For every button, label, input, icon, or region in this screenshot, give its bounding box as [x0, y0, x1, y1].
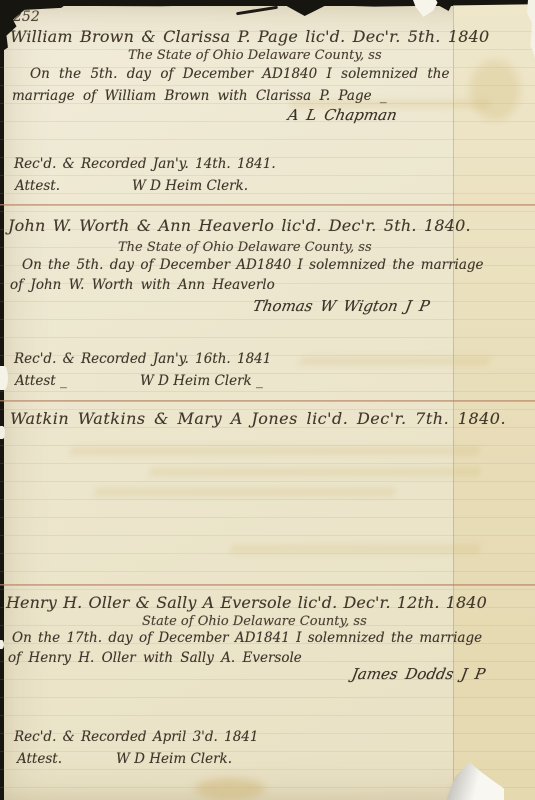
torn-notch-left-edge [0, 640, 4, 649]
record-heading: Watkin Watkins & Mary A Jones lic'd. Dec… [10, 409, 506, 428]
state-jurisdiction-line: State of Ohio Delaware County, ss [142, 614, 367, 629]
record-body-line: of John W. Worth with Ann Heaverlo [10, 277, 275, 293]
attest-label: Attest _ [15, 373, 67, 389]
state-jurisdiction-line: The State of Ohio Delaware County, ss [128, 48, 382, 63]
officiant-signature: A L Chapman [286, 106, 398, 124]
attest-label: Attest. [17, 751, 62, 767]
record-body-line: marriage of William Brown with Clarissa … [12, 88, 387, 104]
recorded-line: Rec'd. & Recorded April 3'd. 1841 [14, 729, 258, 745]
torn-notch-left-edge [0, 366, 8, 390]
recorded-line: Rec'd. & Recorded Jan'y. 16th. 1841 [14, 351, 271, 367]
record-heading: John W. Worth & Ann Heaverlo lic'd. Dec'… [8, 216, 471, 235]
clerk-signature: W D Heim Clerk. [132, 178, 248, 194]
state-jurisdiction-line: The State of Ohio Delaware County, ss [118, 240, 372, 255]
record-body-line: of Henry H. Oller with Sally A. Eversole [8, 650, 302, 666]
record-heading: William Brown & Clarissa P. Page lic'd. … [10, 27, 489, 46]
recorded-line: Rec'd. & Recorded Jan'y. 14th. 1841. [14, 156, 276, 172]
officiant-signature: James Dodds J P [350, 665, 486, 683]
record-heading: Henry H. Oller & Sally A Eversole lic'd.… [6, 593, 487, 612]
record-body-line: On the 5th. day of December AD1840 I sol… [30, 66, 449, 82]
torn-notch-left-edge [0, 426, 5, 439]
attest-label: Attest. [15, 178, 60, 194]
clerk-signature: W D Heim Clerk. [116, 751, 232, 767]
clerk-signature: W D Heim Clerk _ [140, 373, 263, 389]
record-body-line: On the 17th. day of December AD1841 I so… [12, 630, 482, 646]
officiant-signature: Thomas W Wigton J P [251, 297, 431, 315]
handwritten-text-layer: 252 William Brown & Clarissa P. Page lic… [0, 0, 535, 800]
scanned-ledger-page: 252 William Brown & Clarissa P. Page lic… [0, 0, 535, 800]
record-body-line: On the 5th. day of December AD1840 I sol… [22, 257, 484, 273]
